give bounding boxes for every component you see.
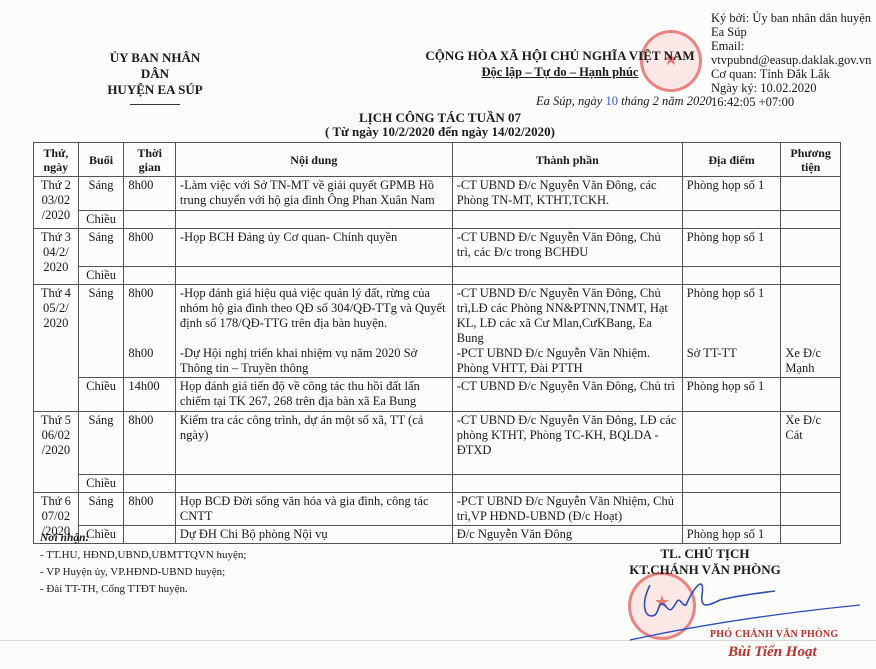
- location-cell: [682, 267, 781, 285]
- location-cell: [682, 493, 781, 526]
- participants-cell: [452, 211, 682, 229]
- header-location: Địa điểm: [682, 143, 781, 177]
- org-line2: HUYỆN EA SÚP: [95, 82, 215, 98]
- participants-cell: [452, 475, 682, 493]
- location-entry: Sở TT-TT: [687, 346, 777, 361]
- recipient-item: - Đài TT-TH, Cổng TTĐT huyện.: [40, 583, 246, 596]
- location-cell: [682, 412, 781, 475]
- participants-cell: Đ/c Nguyễn Văn Đông: [452, 526, 682, 544]
- session-cell: Chiều: [78, 267, 124, 285]
- place-suffix: tháng 2 năm 2020: [618, 94, 712, 108]
- schedule-table: Thứ, ngày Buổi Thời gian Nội dung Thành …: [33, 142, 841, 544]
- time-cell: 8h00: [124, 229, 176, 267]
- national-heading: CỘNG HÒA XÃ HỘI CHỦ NGHĨA VIỆT NAM Độc l…: [395, 48, 725, 80]
- agency: Cơ quan: Tỉnh Đắk Lắk: [711, 67, 876, 81]
- content-entry: -Dự Hội nghị triển khai nhiệm vụ năm 202…: [180, 346, 448, 376]
- participants-cell: -CT UBND Đ/c Nguyễn Văn Đông, Chủ trì, c…: [452, 229, 682, 267]
- session-cell: Chiều: [78, 211, 124, 229]
- time-cell: 8h00: [124, 493, 176, 526]
- content-cell: -Họp đánh giá hiệu quả việc quản lý đất,…: [175, 285, 452, 378]
- session-cell: Chiều: [78, 378, 124, 412]
- content-cell: -Họp BCH Đảng ủy Cơ quan- Chính quyền: [175, 229, 452, 267]
- table-row: Chiều: [34, 475, 841, 493]
- vehicle-entry: Xe Đ/c Mạnh: [785, 346, 836, 376]
- vehicle-cell: [781, 526, 841, 544]
- time-cell: 8h00: [124, 412, 176, 475]
- signed-date: Ngày ký: 10.02.2020: [711, 81, 876, 95]
- table-row: Thứ 3 04/2/ 2020 Sáng 8h00 -Họp BCH Đảng…: [34, 229, 841, 267]
- content-cell: Kiểm tra các công trình, dự án một số xã…: [175, 412, 452, 475]
- title-range: ( Từ ngày 10/2/2020 đến ngày 14/02/2020): [290, 125, 590, 139]
- title-main: LỊCH CÔNG TÁC TUẦN 07: [290, 111, 590, 125]
- vehicle-cell: Xe Đ/c Mạnh: [781, 285, 841, 378]
- place-prefix: Ea Súp, ngày: [536, 94, 605, 108]
- time-entry: 8h00: [128, 286, 171, 301]
- table-row: Thứ 4 05/2/ 2020 Sáng 8h00 8h00 -Họp đán…: [34, 285, 841, 378]
- content-cell: [175, 475, 452, 493]
- vehicle-cell: [781, 378, 841, 412]
- place-day: 10: [605, 94, 618, 108]
- header-session: Buổi: [78, 143, 124, 177]
- content-cell: [175, 267, 452, 285]
- recipient-item: - VP Huyện ủy, VP.HĐND-UBND huyện;: [40, 566, 246, 579]
- header-content: Nội dung: [175, 143, 452, 177]
- table-row: Chiều 14h00 Họp đánh giá tiến độ về công…: [34, 378, 841, 412]
- participants-cell: [452, 267, 682, 285]
- national-motto: Độc lập – Tự do – Hạnh phúc: [395, 64, 725, 80]
- stamp-title: PHÓ CHÁNH VĂN PHÒNG: [710, 629, 838, 640]
- time-cell: [124, 267, 176, 285]
- day-cell: Thứ 2 03/02 /2020: [34, 177, 79, 229]
- vehicle-cell: [781, 493, 841, 526]
- session-cell: Sáng: [78, 177, 124, 211]
- participants-cell: -CT UBND Đ/c Nguyễn Văn Đông, LĐ các phò…: [452, 412, 682, 475]
- location-cell: Phòng họp số 1: [682, 229, 781, 267]
- time-cell: 8h00: [124, 177, 176, 211]
- participants-cell: -CT UBND Đ/c Nguyễn Văn Đông, Chủ trì,LĐ…: [452, 285, 682, 378]
- content-cell: Họp BCĐ Đời sống văn hóa và gia đình, cô…: [175, 493, 452, 526]
- header-time: Thời gian: [124, 143, 176, 177]
- digital-signature-info: Ký bởi: Ủy ban nhân dân huyện Ea Súp Ema…: [711, 11, 876, 109]
- recipients: Nơi nhận: - TT.HU, HĐND,UBND,UBMTTQVN hu…: [40, 532, 246, 600]
- session-cell: Sáng: [78, 285, 124, 378]
- session-cell: Chiều: [78, 475, 124, 493]
- time-cell: 8h00 8h00: [124, 285, 176, 378]
- time-cell: 14h00: [124, 378, 176, 412]
- vehicle-cell: [781, 211, 841, 229]
- location-cell: Phòng họp số 1: [682, 526, 781, 544]
- recipient-item: - TT.HU, HĐND,UBND,UBMTTQVN huyện;: [40, 549, 246, 562]
- location-entry: Phòng họp số 1: [687, 286, 777, 301]
- table-row: Thứ 6 07/02 /2020 Sáng 8h00 Họp BCĐ Đời …: [34, 493, 841, 526]
- vehicle-cell: Xe Đ/c Cát: [781, 412, 841, 475]
- place-date: Ea Súp, ngày 10 tháng 2 năm 2020: [536, 94, 712, 109]
- location-cell: Phòng họp số 1: [682, 177, 781, 211]
- content-cell: -Làm việc với Sở TN-MT về giải quyết GPM…: [175, 177, 452, 211]
- day-cell: Thứ 3 04/2/ 2020: [34, 229, 79, 285]
- location-cell: [682, 475, 781, 493]
- signer-name: Bùi Tiến Hoạt: [728, 644, 817, 661]
- participants-cell: -CT UBND Đ/c Nguyễn Văn Đông, các Phòng …: [452, 177, 682, 211]
- signed-time: 16:42:05 +07:00: [711, 95, 876, 109]
- header-vehicle: Phương tiện: [781, 143, 841, 177]
- location-cell: Phòng họp số 1 Sở TT-TT: [682, 285, 781, 378]
- vehicle-cell: [781, 177, 841, 211]
- signed-by: Ký bởi: Ủy ban nhân dân huyện Ea Súp: [711, 11, 876, 39]
- nation-title: CỘNG HÒA XÃ HỘI CHỦ NGHĨA VIỆT NAM: [395, 48, 725, 64]
- session-cell: Sáng: [78, 493, 124, 526]
- table-row: Chiều: [34, 211, 841, 229]
- session-cell: Sáng: [78, 412, 124, 475]
- time-entry: 8h00: [128, 346, 171, 361]
- time-cell: [124, 475, 176, 493]
- day-cell: Thứ 4 05/2/ 2020: [34, 285, 79, 412]
- org-line1: ỦY BAN NHÂN DÂN: [95, 50, 215, 82]
- day-cell: Thứ 5 06/02 /2020: [34, 412, 79, 493]
- table-row: Chiều: [34, 267, 841, 285]
- session-cell: Sáng: [78, 229, 124, 267]
- issuing-organization: ỦY BAN NHÂN DÂN HUYỆN EA SÚP: [95, 50, 215, 105]
- content-cell: [175, 211, 452, 229]
- time-cell: [124, 211, 176, 229]
- recipients-heading: Nơi nhận:: [40, 532, 246, 545]
- email-value: vtvpubnd@easup.daklak.gov.vn: [711, 53, 876, 67]
- participants-entry: -PCT UBND Đ/c Nguyễn Văn Nhiệm. Phòng VH…: [457, 346, 678, 376]
- location-cell: [682, 211, 781, 229]
- content-entry: -Họp đánh giá hiệu quả việc quản lý đất,…: [180, 286, 448, 331]
- content-cell: Họp đánh giá tiến độ về công tác thu hồi…: [175, 378, 452, 412]
- signature-line1: TL. CHỦ TỊCH: [600, 546, 810, 562]
- table-row: Thứ 5 06/02 /2020 Sáng 8h00 Kiểm tra các…: [34, 412, 841, 475]
- vehicle-cell: [781, 229, 841, 267]
- header-day: Thứ, ngày: [34, 143, 79, 177]
- participants-cell: -CT UBND Đ/c Nguyễn Văn Đông, Chủ trì: [452, 378, 682, 412]
- schedule-title: LỊCH CÔNG TÁC TUẦN 07 ( Từ ngày 10/2/202…: [290, 111, 590, 139]
- vehicle-cell: [781, 475, 841, 493]
- location-cell: Phòng họp số 1: [682, 378, 781, 412]
- table-row: Thứ 2 03/02 /2020 Sáng 8h00 -Làm việc vớ…: [34, 177, 841, 211]
- email-label: Email:: [711, 39, 876, 53]
- table-header-row: Thứ, ngày Buổi Thời gian Nội dung Thành …: [34, 143, 841, 177]
- participants-cell: -PCT UBND Đ/c Nguyễn Văn Nhiệm, Chủ trì,…: [452, 493, 682, 526]
- participants-entry: -CT UBND Đ/c Nguyễn Văn Đông, Chủ trì,LĐ…: [457, 286, 678, 346]
- vehicle-cell: [781, 267, 841, 285]
- org-underline: [130, 104, 180, 105]
- header-participants: Thành phần: [452, 143, 682, 177]
